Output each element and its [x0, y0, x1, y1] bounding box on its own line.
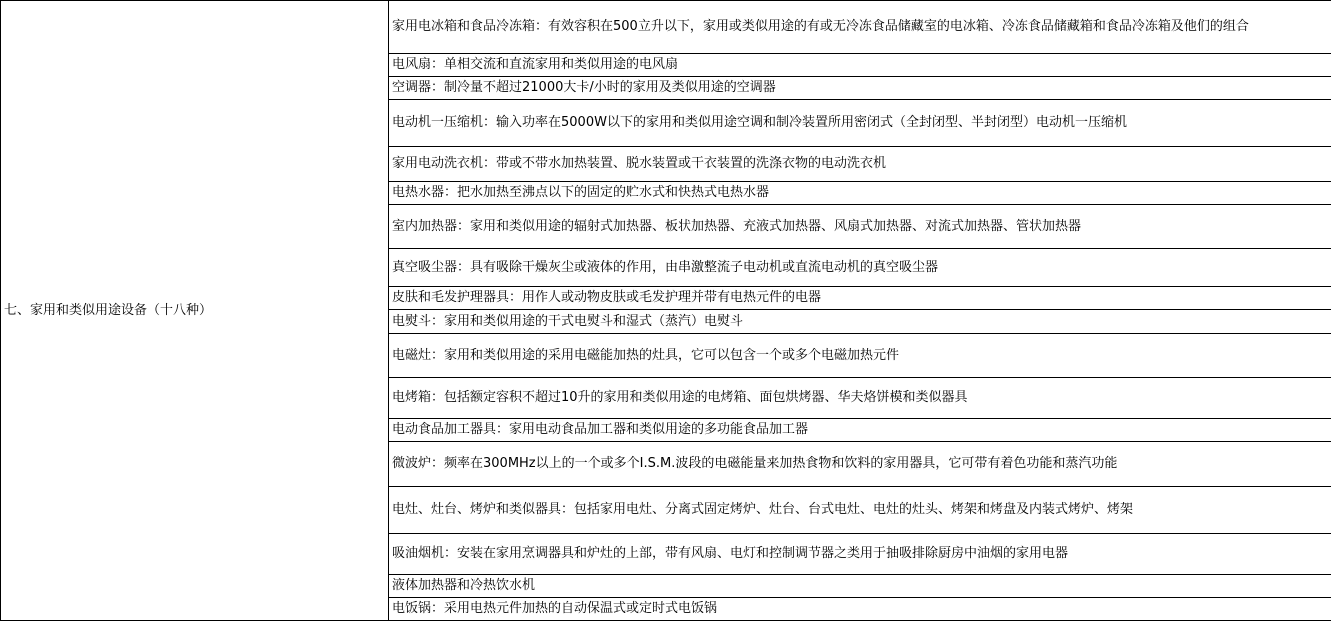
item-cell[interactable]: 电烤箱：包括额定容积不超过10升的家用和类似用途的电烤箱、面包烘烤器、华夫烙饼模…: [389, 378, 1331, 419]
equipment-table: 七、家用和类似用途设备（十八种）家用电冰箱和食品冷冻箱：有效容积在500立升以下…: [0, 0, 1331, 621]
item-description: 家用电动洗衣机：带或不带水加热装置、脱水装置或干衣装置的洗涤衣物的电动洗衣机: [392, 155, 1331, 173]
table-body: 七、家用和类似用途设备（十八种）家用电冰箱和食品冷冻箱：有效容积在500立升以下…: [1, 1, 1331, 621]
item-cell[interactable]: 电灶、灶台、烤炉和类似器具：包括家用电灶、分离式固定烤炉、灶台、台式电灶、电灶的…: [389, 487, 1331, 534]
item-description: 电灶、灶台、烤炉和类似器具：包括家用电灶、分离式固定烤炉、灶台、台式电灶、电灶的…: [392, 501, 1331, 519]
item-cell[interactable]: 吸油烟机：安装在家用烹调器具和炉灶的上部，带有风扇、电灯和控制调节器之类用于抽吸…: [389, 534, 1331, 575]
item-cell[interactable]: 家用电动洗衣机：带或不带水加热装置、脱水装置或干衣装置的洗涤衣物的电动洗衣机: [389, 147, 1331, 182]
item-cell[interactable]: 皮肤和毛发护理器具：用作人或动物皮肤或毛发护理并带有电热元件的电器: [389, 287, 1331, 310]
item-description: 室内加热器：家用和类似用途的辐射式加热器、板状加热器、充液式加热器、风扇式加热器…: [392, 218, 1331, 236]
item-cell[interactable]: 真空吸尘器：具有吸除干燥灰尘或液体的作用，由串激整流子电动机或直流电动机的真空吸…: [389, 249, 1331, 287]
item-description: 皮肤和毛发护理器具：用作人或动物皮肤或毛发护理并带有电热元件的电器: [392, 289, 1331, 307]
item-cell[interactable]: 电风扇：单相交流和直流家用和类似用途的电风扇: [389, 54, 1331, 77]
item-description: 吸油烟机：安装在家用烹调器具和炉灶的上部，带有风扇、电灯和控制调节器之类用于抽吸…: [392, 545, 1331, 563]
item-description: 电熨斗：家用和类似用途的干式电熨斗和湿式（蒸汽）电熨斗: [392, 313, 1331, 331]
item-description: 空调器：制冷量不超过21000大卡/小时的家用及类似用途的空调器: [392, 79, 1331, 97]
item-cell[interactable]: 电饭锅：采用电热元件加热的自动保温式或定时式电饭锅: [389, 598, 1331, 621]
table-row: 七、家用和类似用途设备（十八种）家用电冰箱和食品冷冻箱：有效容积在500立升以下…: [1, 1, 1331, 54]
item-description: 真空吸尘器：具有吸除干燥灰尘或液体的作用，由串激整流子电动机或直流电动机的真空吸…: [392, 259, 1331, 277]
item-description: 电饭锅：采用电热元件加热的自动保温式或定时式电饭锅: [392, 600, 1331, 618]
item-description: 电动食品加工器具：家用电动食品加工器和类似用途的多功能食品加工器: [392, 421, 1331, 439]
item-cell[interactable]: 电动食品加工器具：家用电动食品加工器和类似用途的多功能食品加工器: [389, 419, 1331, 442]
item-cell[interactable]: 电热水器：把水加热至沸点以下的固定的贮水式和快热式电热水器: [389, 182, 1331, 205]
item-description: 电磁灶：家用和类似用途的采用电磁能加热的灶具，它可以包含一个或多个电磁加热元件: [392, 347, 1331, 365]
item-description: 液体加热器和冷热饮水机: [392, 577, 1331, 595]
item-description: 电动机一压缩机：输入功率在5000W以下的家用和类似用途空调和制冷装置所用密闭式…: [392, 114, 1331, 132]
item-description: 电烤箱：包括额定容积不超过10升的家用和类似用途的电烤箱、面包烘烤器、华夫烙饼模…: [392, 389, 1331, 407]
item-description: 家用电冰箱和食品冷冻箱：有效容积在500立升以下，家用或类似用途的有或无冷冻食品…: [392, 18, 1331, 36]
item-description: 电风扇：单相交流和直流家用和类似用途的电风扇: [392, 56, 1331, 74]
item-description: 微波炉：频率在300MHz以上的一个或多个I.S.M.波段的电磁能量来加热食物和…: [392, 455, 1331, 473]
item-cell[interactable]: 电磁灶：家用和类似用途的采用电磁能加热的灶具，它可以包含一个或多个电磁加热元件: [389, 334, 1331, 378]
item-cell[interactable]: 家用电冰箱和食品冷冻箱：有效容积在500立升以下，家用或类似用途的有或无冷冻食品…: [389, 1, 1331, 54]
item-cell[interactable]: 室内加热器：家用和类似用途的辐射式加热器、板状加热器、充液式加热器、风扇式加热器…: [389, 205, 1331, 249]
item-cell[interactable]: 空调器：制冷量不超过21000大卡/小时的家用及类似用途的空调器: [389, 77, 1331, 100]
item-cell[interactable]: 微波炉：频率在300MHz以上的一个或多个I.S.M.波段的电磁能量来加热食物和…: [389, 442, 1331, 487]
item-description: 电热水器：把水加热至沸点以下的固定的贮水式和快热式电热水器: [392, 184, 1331, 202]
category-label: 七、家用和类似用途设备（十八种）: [4, 303, 212, 318]
item-cell[interactable]: 电动机一压缩机：输入功率在5000W以下的家用和类似用途空调和制冷装置所用密闭式…: [389, 100, 1331, 147]
category-cell[interactable]: 七、家用和类似用途设备（十八种）: [1, 1, 389, 621]
spreadsheet-view: 七、家用和类似用途设备（十八种）家用电冰箱和食品冷冻箱：有效容积在500立升以下…: [0, 0, 1331, 639]
item-cell[interactable]: 电熨斗：家用和类似用途的干式电熨斗和湿式（蒸汽）电熨斗: [389, 310, 1331, 334]
item-cell[interactable]: 液体加热器和冷热饮水机: [389, 575, 1331, 598]
